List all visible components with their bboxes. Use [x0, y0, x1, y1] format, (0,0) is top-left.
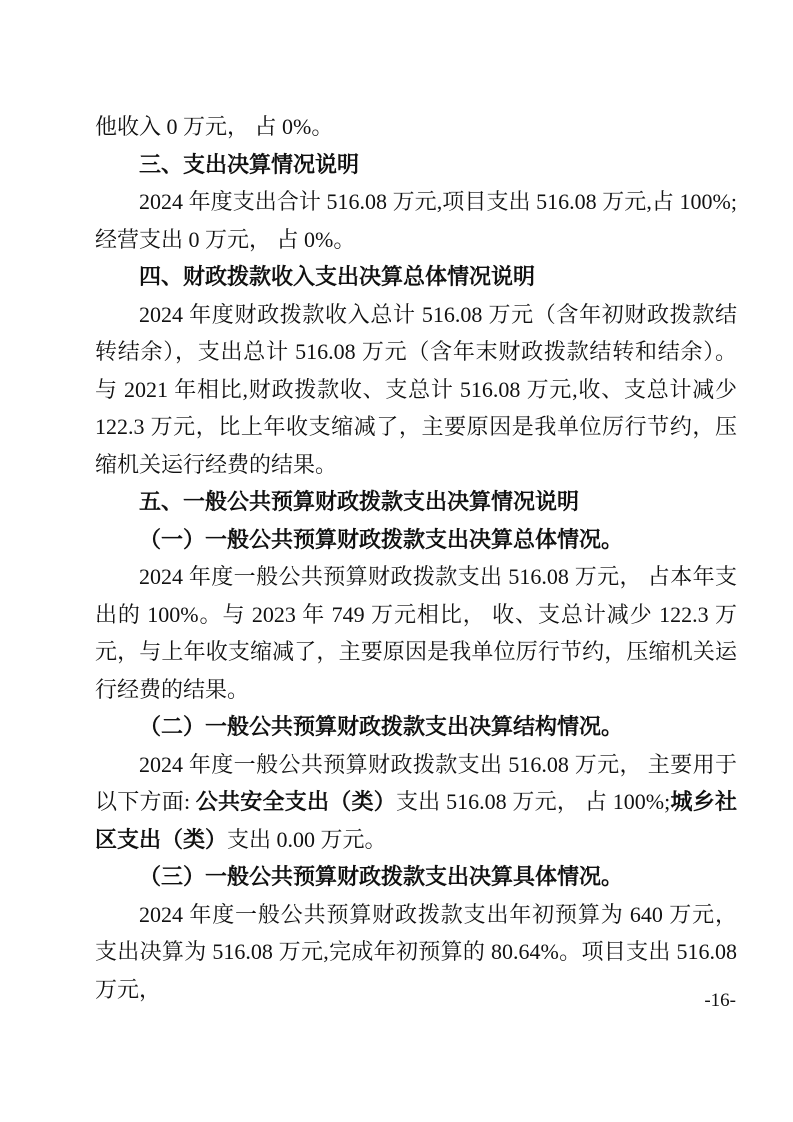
subsection-heading-5-2-structure: （二）一般公共预算财政拨款支出决算结构情况。	[95, 708, 737, 746]
section-heading-5-general-public-budget: 五、一般公共预算财政拨款支出决算情况说明	[95, 483, 737, 521]
section-heading-3-expenditure: 三、支出决算情况说明	[95, 146, 737, 184]
run-public-security-category: 公共安全支出（类）	[196, 789, 396, 814]
run-public-security-amount: 支出 516.08 万元， 占 100%;	[396, 789, 670, 814]
paragraph-specific-situation: 2024 年度一般公共预算财政拨款支出年初预算为 640 万元，支出决算为 51…	[95, 896, 737, 1009]
page-number: -16-	[704, 990, 736, 1012]
section-heading-4-fiscal-appropriation: 四、财政拨款收入支出决算总体情况说明	[95, 258, 737, 296]
paragraph-other-income-continuation: 他收入 0 万元， 占 0%。	[95, 108, 737, 146]
document-body: 他收入 0 万元， 占 0%。 三、支出决算情况说明 2024 年度支出合计 5…	[95, 108, 737, 1008]
subsection-heading-5-1-overall: （一）一般公共预算财政拨款支出决算总体情况。	[95, 521, 737, 559]
paragraph-fiscal-appropriation-total: 2024 年度财政拨款收入总计 516.08 万元（含年初财政拨款结转结余），支…	[95, 296, 737, 484]
paragraph-expenditure-structure: 2024 年度一般公共预算财政拨款支出 516.08 万元， 主要用于以下方面:…	[95, 746, 737, 859]
paragraph-general-budget-overall: 2024 年度一般公共预算财政拨款支出 516.08 万元， 占本年支出的 10…	[95, 558, 737, 708]
document-page: 他收入 0 万元， 占 0%。 三、支出决算情况说明 2024 年度支出合计 5…	[0, 0, 793, 1122]
paragraph-total-expenditure: 2024 年度支出合计 516.08 万元,项目支出 516.08 万元,占 1…	[95, 183, 737, 258]
run-urban-rural-community-amount: 支出 0.00 万元。	[227, 827, 387, 852]
subsection-heading-5-3-specific: （三）一般公共预算财政拨款支出决算具体情况。	[95, 858, 737, 896]
